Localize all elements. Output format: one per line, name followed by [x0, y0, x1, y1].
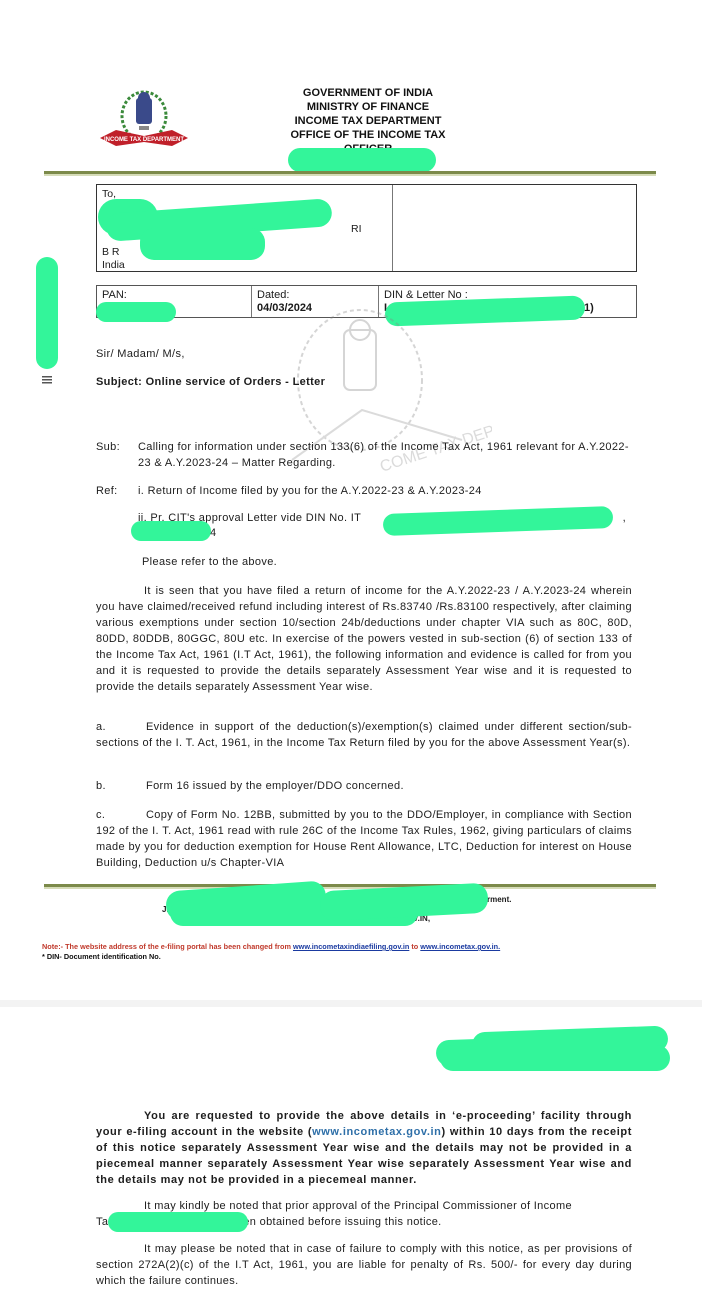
approval-text: It may kindly be noted that prior approv…	[144, 1200, 572, 1212]
body-paragraph: It is seen that you have filed a return …	[96, 583, 632, 695]
efiling-link[interactable]: www.incometax.gov.in	[312, 1126, 441, 1138]
redaction-mark	[288, 148, 436, 172]
redaction-mark	[108, 1212, 248, 1232]
address-right-cell	[393, 185, 636, 271]
pan-label: PAN:	[102, 289, 246, 302]
subject-line: Subject: Online service of Orders - Lett…	[96, 374, 632, 390]
sub-text: Calling for information under section 13…	[138, 439, 632, 471]
ref-block: Ref: i. Return of Income filed by you fo…	[96, 483, 632, 499]
header-rule	[44, 171, 656, 176]
list-item-c: c.Copy of Form No. 12BB, submitted by yo…	[96, 807, 632, 871]
din-footnote: * DIN- Document identification No.	[42, 952, 161, 961]
list-item-text: Form 16 issued by the employer/DDO conce…	[146, 780, 404, 792]
letterhead-line: MINISTRY OF FINANCE	[270, 100, 466, 114]
redaction-mark	[440, 1045, 670, 1071]
address-line: RI	[351, 222, 362, 236]
footer-fragment: rment.	[487, 895, 511, 904]
drag-handle-icon[interactable]	[42, 376, 52, 385]
income-tax-logo-icon: INCOME TAX DEPARTMENT	[96, 86, 192, 154]
new-portal-link[interactable]: www.incometax.gov.in.	[420, 942, 500, 951]
letterhead-line: GOVERNMENT OF INDIA	[270, 86, 466, 100]
ref-label: Ref:	[96, 483, 118, 499]
list-item-a: a.Evidence in support of the deduction(s…	[96, 719, 632, 751]
letterhead: GOVERNMENT OF INDIA MINISTRY OF FINANCE …	[270, 86, 466, 149]
sub-label: Sub:	[96, 439, 120, 455]
refer-text: Please refer to the above.	[142, 554, 678, 570]
list-item-text: Copy of Form No. 12BB, submitted by you …	[96, 809, 632, 869]
din-value-end: 1)	[584, 302, 594, 315]
page-separator	[0, 1000, 702, 1007]
penalty-paragraph: It may please be noted that in case of f…	[96, 1241, 632, 1289]
svg-text:INCOME TAX DEPARTMENT: INCOME TAX DEPARTMENT	[104, 137, 184, 143]
letterhead-line: OFFICE OF THE INCOME TAX	[270, 128, 466, 142]
list-item-letter: a.	[96, 719, 146, 735]
note-text: to	[411, 942, 418, 951]
request-paragraph: You are requested to provide the above d…	[96, 1108, 632, 1188]
notice-page-1: INCOME TAX DEPARTMENT GOVERNMENT OF INDI…	[0, 0, 702, 1000]
redaction-mark	[140, 228, 265, 260]
salutation: Sir/ Madam/ M/s,	[96, 346, 632, 362]
ref-item-2-tail: ,	[623, 510, 626, 526]
redaction-mark	[131, 521, 211, 541]
body-paragraph-text: It is seen that you have filed a return …	[96, 585, 632, 693]
footer-rule	[44, 884, 656, 889]
address-country: India	[102, 258, 125, 272]
letterhead-line: INCOME TAX DEPARTMENT	[270, 114, 466, 128]
list-item-text: Evidence in support of the deduction(s)/…	[96, 721, 632, 749]
address-line: B R	[102, 245, 120, 259]
portal-change-note: Note:- The website address of the e-fili…	[42, 942, 500, 951]
sub-block: Sub: Calling for information under secti…	[96, 439, 632, 471]
ref-item-1: i. Return of Income filed by you for the…	[138, 483, 632, 499]
note-text: Note:- The website address of the e-fili…	[42, 942, 291, 951]
redaction-mark	[96, 302, 176, 322]
list-item-letter: c.	[96, 807, 146, 823]
ref-item-2-line2: 4	[210, 525, 240, 541]
penalty-text: It may please be noted that in case of f…	[96, 1243, 632, 1287]
approval-text: Ta	[96, 1216, 108, 1228]
approval-text: been obtained before issuing this notice…	[230, 1216, 441, 1228]
list-item-b: b.Form 16 issued by the employer/DDO con…	[96, 778, 632, 794]
list-item-letter: b.	[96, 778, 146, 794]
old-portal-link[interactable]: www.incometaxindiaefiling.gov.in	[293, 942, 409, 951]
notice-page-2: You are requested to provide the above d…	[0, 1007, 702, 1307]
redaction-mark	[36, 257, 58, 369]
